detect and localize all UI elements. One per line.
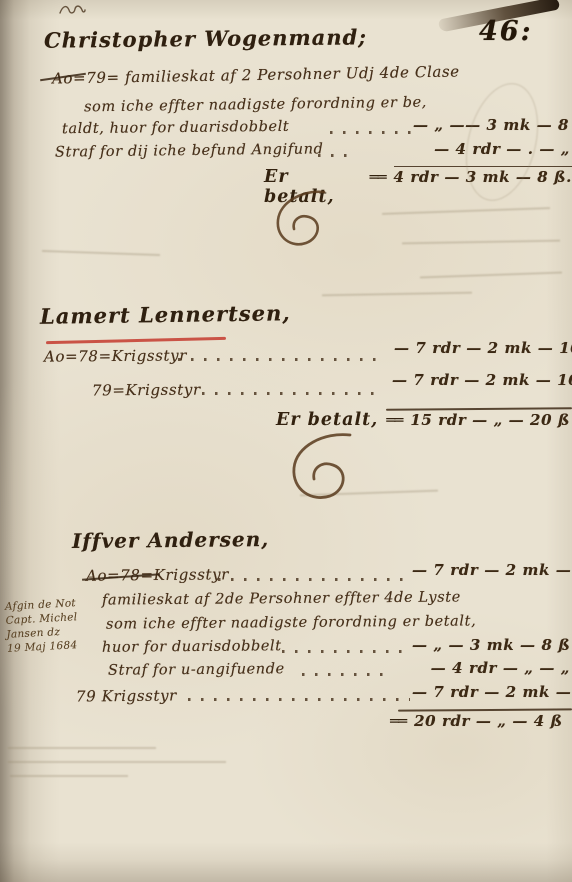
amount: — 7 rdr — 2 mk — 10 ß xyxy=(412,683,570,701)
manuscript-page: 46: Christopher Wogenmand; Ao=79= famili… xyxy=(0,0,572,882)
entry-line: som iche effter naadigste forordning er … xyxy=(106,613,476,632)
dot-leader xyxy=(178,358,386,361)
show-through-mark xyxy=(382,207,550,215)
dot-leader xyxy=(330,131,412,134)
total-amount: 15 rdr — „ — 20 ß xyxy=(410,411,570,429)
entry-line: Straf for u-angifuende xyxy=(108,661,285,679)
flourish-loop xyxy=(272,188,332,252)
entry-name: Iffver Andersen, xyxy=(72,527,269,553)
dot-leader xyxy=(188,698,410,701)
dot-leader xyxy=(218,578,410,581)
entry-line: huor for duarisdobbelt xyxy=(102,638,282,656)
total-row: ══ 20 rdr — „ — 4 ß xyxy=(390,712,572,730)
dot-leader xyxy=(302,673,384,676)
flourish-mark xyxy=(58,4,86,17)
red-underline xyxy=(46,337,226,344)
entry-line: som iche effter naadigste forordning er … xyxy=(84,95,427,116)
show-through-mark xyxy=(402,240,560,245)
equals-sign: ══ xyxy=(369,168,385,186)
entry-line: taldt, huor for duarisdobbelt xyxy=(62,119,289,137)
equals-sign: ══ xyxy=(390,712,406,730)
show-through-mark xyxy=(8,761,226,763)
total-amount: 20 rdr — „ — 4 ß xyxy=(414,712,563,730)
equals-sign: ══ xyxy=(386,411,402,429)
entry-line: familieskat af 2de Persohner effter 4de … xyxy=(102,589,461,608)
dot-leader xyxy=(282,650,410,653)
entry-name: Lamert Lennertsen, xyxy=(40,300,291,328)
amount: — 4 rdr — . — „ xyxy=(356,140,570,158)
amount: — „ — 3 mk — 8 ß xyxy=(412,636,570,654)
margin-note: Afgin de Not Capt. Michel Jansen dz 19 M… xyxy=(5,596,80,656)
show-through-mark xyxy=(8,747,156,749)
amount: — 4 rdr — „ — „ xyxy=(386,659,570,677)
margin-note-line: 19 Maj 1684 xyxy=(7,638,79,656)
entry-line: Ao=79= familieskat af 2 Persohner Udj 4d… xyxy=(52,62,460,87)
page-number: 46: xyxy=(479,16,533,47)
flourish-loop xyxy=(288,430,360,506)
show-through-mark xyxy=(42,250,160,256)
show-through-mark xyxy=(420,272,562,279)
show-through-mark xyxy=(10,775,128,777)
entry-line: Straf for dij iche befund Angifund xyxy=(55,141,324,160)
entry-line: 79 Krigsstyr xyxy=(76,686,177,705)
show-through-mark xyxy=(322,292,472,297)
dot-leader xyxy=(318,154,356,157)
entry-line: 79=Krigsstyr xyxy=(92,381,201,400)
dot-leader xyxy=(202,392,384,395)
amount: — 7 rdr — 2 mk — 10 ß xyxy=(412,561,570,579)
entry-name: Christopher Wogenmand; xyxy=(44,24,367,52)
entry-line: Ao=78=Krigsstyr xyxy=(44,346,187,365)
amount: — 7 rdr — 2 mk — 10 ß xyxy=(392,371,570,389)
amount: — 7 rdr — 2 mk — 10 ß xyxy=(394,339,570,357)
total-row: Er betalt, ══ 15 rdr — „ — 20 ß xyxy=(276,410,572,430)
total-label: Er betalt, xyxy=(276,410,378,430)
